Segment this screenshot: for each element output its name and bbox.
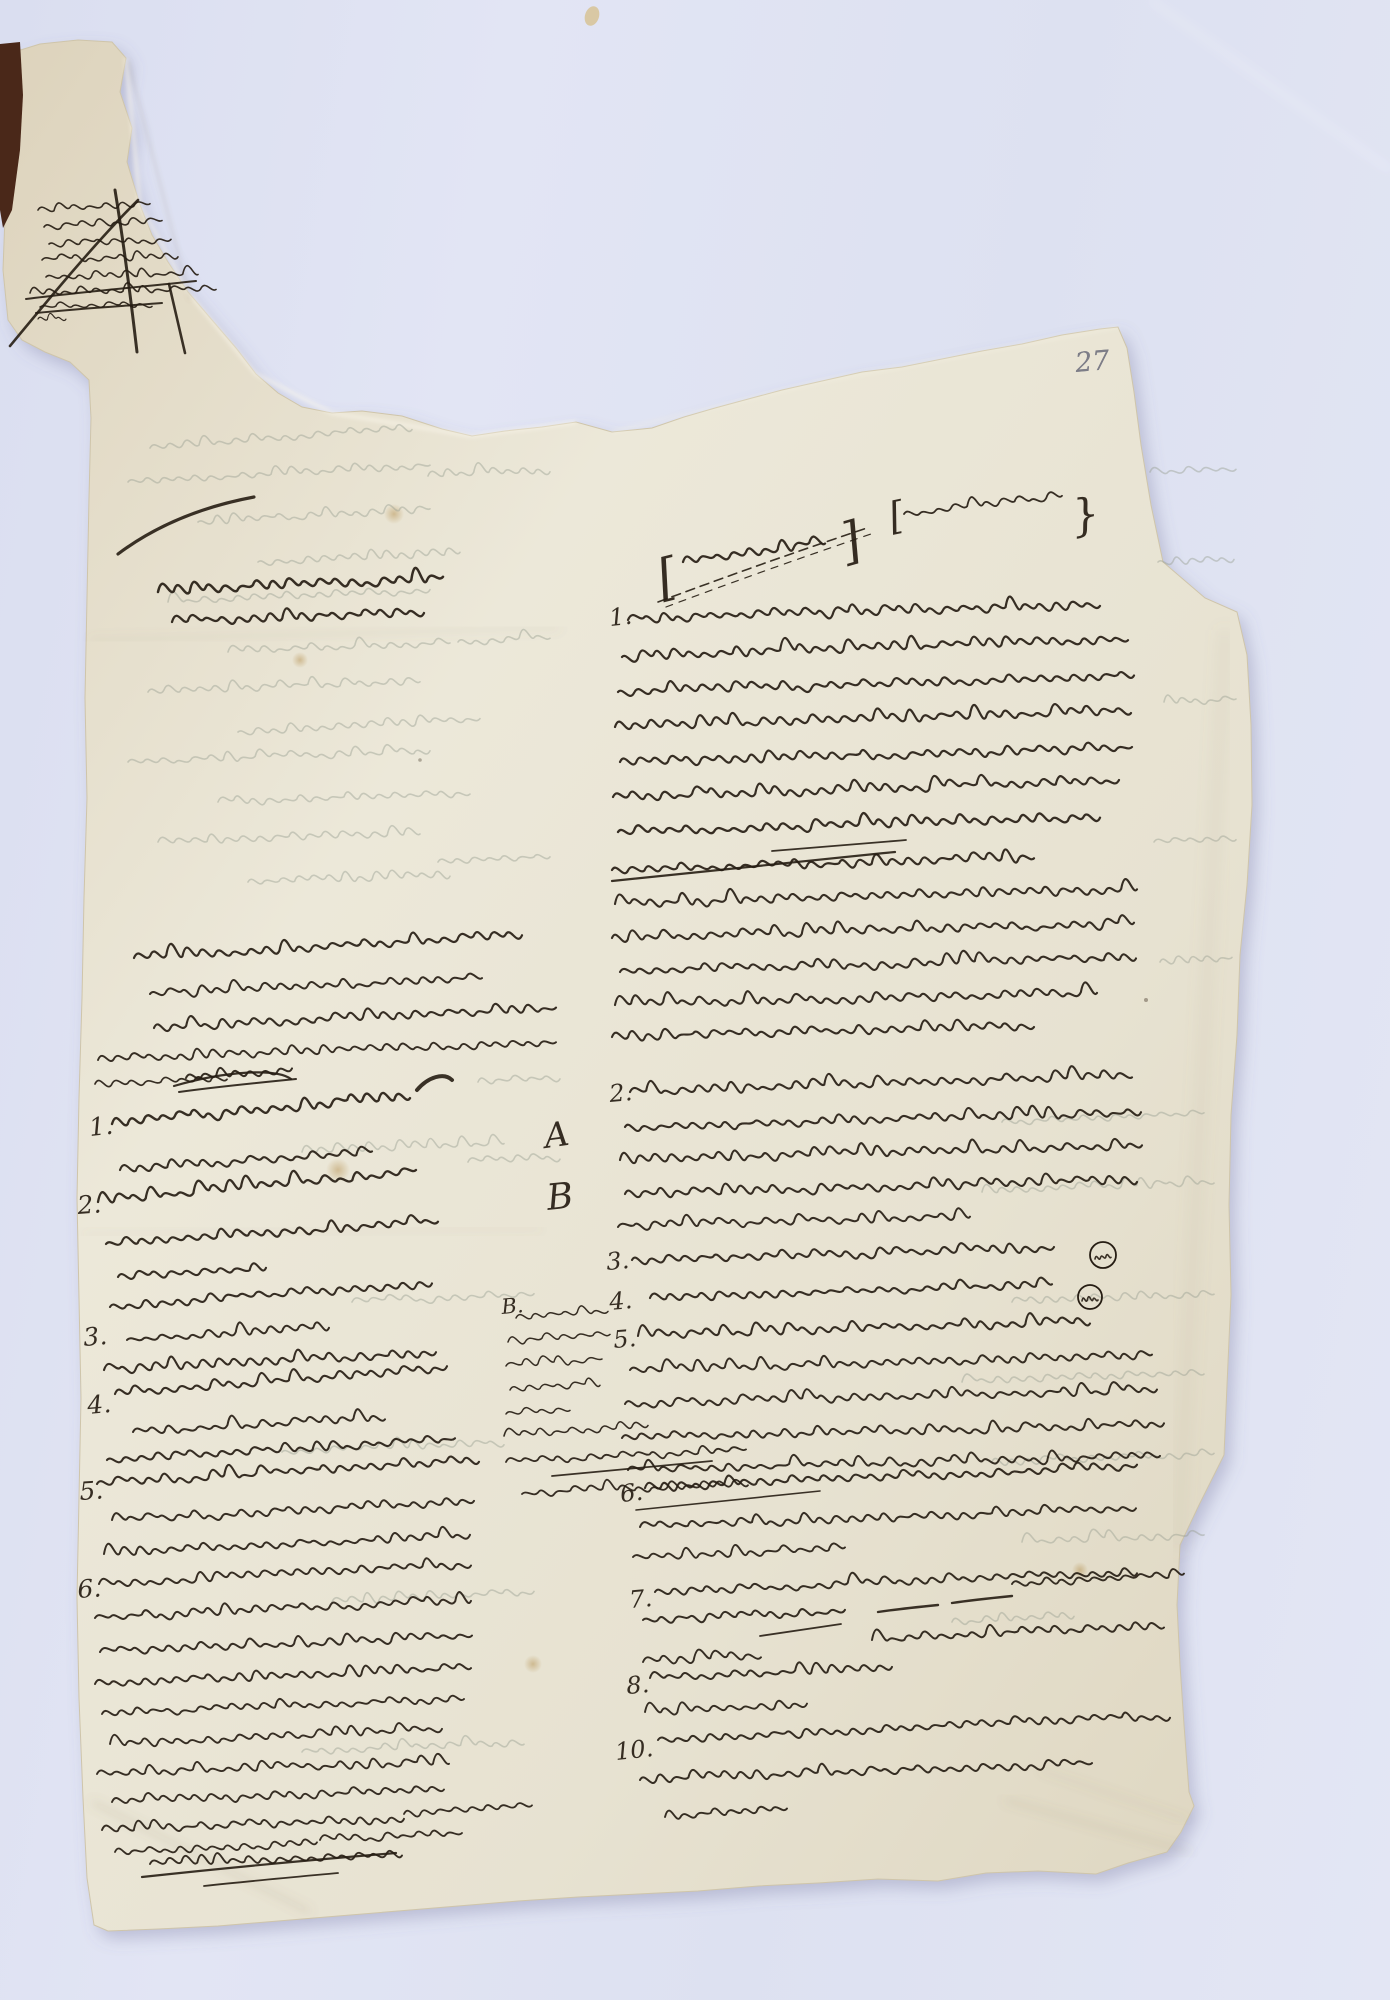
right-list-marker-10: 10. xyxy=(614,1734,655,1766)
right-list-marker-8: 8. xyxy=(625,1670,650,1700)
left-list-marker-1: 1. xyxy=(88,1111,115,1142)
right-list-marker-7: 7. xyxy=(628,1584,653,1614)
right-list-marker-2: 2. xyxy=(607,1078,633,1108)
pencil-line xyxy=(1158,557,1234,565)
right-list-marker-4: 4. xyxy=(607,1286,633,1316)
pencil-line xyxy=(1150,467,1236,474)
left-list-marker-6: 6. xyxy=(76,1573,102,1604)
right-list-marker-1: 1. xyxy=(608,602,634,632)
left-list-marker-3: 3. xyxy=(82,1321,108,1352)
right-list-marker-6: 6. xyxy=(619,1478,645,1508)
insert-label-b: B. xyxy=(499,1293,524,1319)
left-list-marker-4: 4. xyxy=(85,1389,112,1420)
margin-letter-b: B xyxy=(544,1175,576,1219)
manuscript-scan: 27[][}1.2.3.4.5.6.ABB.1.2.3.4.5.6.7.8.10… xyxy=(0,0,1390,2000)
left-list-marker-5: 5. xyxy=(78,1475,104,1506)
right-list-marker-5: 5. xyxy=(612,1324,637,1354)
left-list-marker-2: 2. xyxy=(75,1189,102,1220)
backing-speck xyxy=(582,4,601,27)
right-list-marker-3: 3. xyxy=(605,1246,630,1276)
backing-crease xyxy=(1150,0,1390,170)
page-number-pencil: 27 xyxy=(1073,345,1112,379)
